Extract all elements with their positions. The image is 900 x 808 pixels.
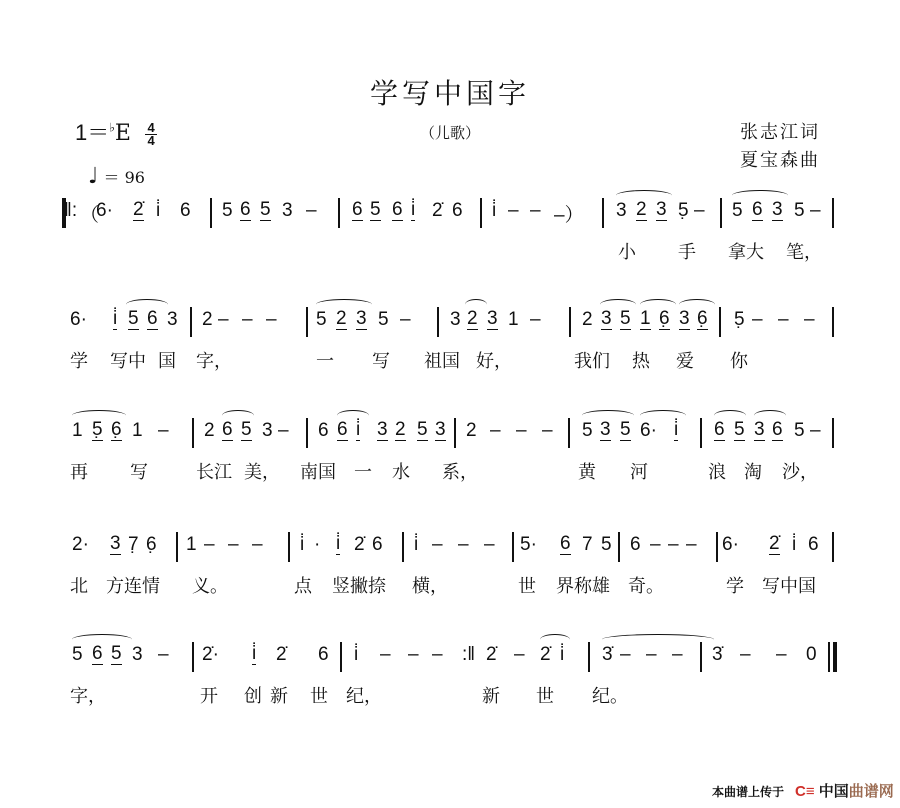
note-token: – xyxy=(432,644,443,666)
note-token: – xyxy=(686,534,697,556)
note-token: 6 xyxy=(240,200,251,221)
note-token: 6 xyxy=(752,200,763,221)
barline xyxy=(569,307,571,337)
slur-arc xyxy=(465,299,487,310)
note-token: i̇ xyxy=(674,420,678,441)
lyric-syllable: 横， xyxy=(412,572,448,598)
slur-arc xyxy=(714,410,746,421)
note-token: 5̣ xyxy=(678,200,689,222)
note-token: – xyxy=(228,534,239,556)
note-token: 2̇ xyxy=(432,200,443,222)
note-token: – xyxy=(530,200,541,222)
note-token: 3 xyxy=(487,309,498,330)
note-token: – xyxy=(650,534,661,556)
note-token: 2 xyxy=(466,420,477,442)
note-token: 2 xyxy=(636,200,647,221)
note-token: 6· xyxy=(96,200,113,222)
note-token: 6 xyxy=(337,420,348,441)
barline xyxy=(402,532,404,562)
note-token: 5 xyxy=(72,644,83,666)
barline xyxy=(618,532,620,562)
barline xyxy=(512,532,514,562)
lyric-syllable: 水 xyxy=(392,458,410,484)
note-token: 6 xyxy=(560,534,571,555)
lyric-syllable: 字， xyxy=(196,347,232,373)
note-token: 3 xyxy=(656,200,667,221)
final-barline-thin xyxy=(828,642,830,672)
barline xyxy=(190,307,192,337)
note-token: – xyxy=(380,644,391,666)
lyric-syllable: 黄 xyxy=(578,458,596,484)
note-token: – xyxy=(778,309,789,331)
barline xyxy=(720,198,722,228)
lyric-syllable: 写中国 xyxy=(762,572,816,598)
barline xyxy=(437,307,439,337)
note-token: 3 xyxy=(132,644,143,666)
note-token: i̇ xyxy=(492,200,496,222)
note-token: – xyxy=(408,644,419,666)
slur-arc xyxy=(616,190,672,201)
note-token: 6̣ xyxy=(146,534,157,556)
lyric-syllable: 祖国 xyxy=(424,347,460,373)
note-token: 7 xyxy=(582,534,593,556)
lyric-syllable: 奇。 xyxy=(628,572,664,598)
note-token: – xyxy=(810,420,821,442)
lyric-syllable: 纪。 xyxy=(592,682,628,708)
note-token: 2̇ xyxy=(354,534,365,556)
note-token: – xyxy=(740,644,751,666)
lyric-syllable: 世 xyxy=(536,682,554,708)
note-token: · xyxy=(314,534,320,556)
note-token: 3 xyxy=(679,309,690,330)
time-signature-bottom: 4 xyxy=(145,135,157,147)
lyric-syllable: 世 xyxy=(518,572,536,598)
note-token: – xyxy=(542,420,553,442)
barline xyxy=(454,418,456,448)
note-token: – xyxy=(458,534,469,556)
note-token: 3̇ xyxy=(712,644,723,666)
slur-arc xyxy=(754,410,786,421)
slur-arc xyxy=(126,299,168,310)
note-token: 6 xyxy=(808,534,819,556)
barline xyxy=(306,418,308,448)
note-token: 5· xyxy=(520,534,537,556)
note-token: – xyxy=(158,420,169,442)
note-token: 2̇ xyxy=(133,200,144,221)
barline xyxy=(700,418,702,448)
lyric-syllable: 好， xyxy=(476,347,512,373)
lyric-syllable: 淘 xyxy=(744,458,762,484)
lyric-syllable: 我们 xyxy=(574,347,610,373)
lyric-syllable: 义。 xyxy=(192,572,228,598)
note-token: 1 xyxy=(640,309,651,330)
lyricist-credit: 张志江词 xyxy=(740,118,820,144)
lyric-syllable: 界称雄 xyxy=(556,572,610,598)
note-token: 6 xyxy=(452,200,463,222)
logo-text-primary: 中国 xyxy=(819,783,849,800)
repeat-start-barline xyxy=(62,198,66,228)
note-token: 3 xyxy=(356,309,367,330)
slur-arc xyxy=(640,299,676,310)
barline xyxy=(340,642,342,672)
barline xyxy=(288,532,290,562)
song-title: 学写中国字 xyxy=(0,72,900,112)
lyric-syllable: 笔， xyxy=(786,238,822,264)
lyric-syllable: 美， xyxy=(244,458,280,484)
note-token: 5 xyxy=(378,309,389,331)
note-token: 6̣ xyxy=(659,309,670,330)
barline xyxy=(192,642,194,672)
slur-arc xyxy=(602,634,714,645)
note-token: 5 xyxy=(582,420,593,442)
logo-text-secondary: 曲谱网 xyxy=(849,783,894,800)
note-token: 2̇ xyxy=(540,644,551,666)
lyric-syllable: 方连情 xyxy=(106,572,160,598)
note-token: – xyxy=(508,200,519,222)
note-token: 6 xyxy=(180,200,191,222)
slur-arc xyxy=(640,410,686,421)
note-token: 5 xyxy=(241,420,252,441)
lyric-syllable: 学 xyxy=(70,347,88,373)
note-token: 6 xyxy=(318,644,329,666)
barline xyxy=(602,198,604,228)
note-token: 3 xyxy=(377,420,388,441)
lyric-syllable: 国 xyxy=(158,347,176,373)
notes-line: ‖:（6·2̇i̇65653–656i̇2̇6i̇–––）3235̣–5635– xyxy=(0,196,900,236)
note-token: 2 xyxy=(582,309,593,331)
note-token: 5 xyxy=(316,309,327,331)
note-token: i̇ xyxy=(156,200,160,222)
note-token: – xyxy=(400,309,411,331)
note-token: – xyxy=(306,200,317,222)
note-token: 2 xyxy=(204,420,215,442)
lyric-syllable: 浪 xyxy=(708,458,726,484)
note-token: 3 xyxy=(616,200,627,222)
barline xyxy=(568,418,570,448)
note-token: 2 xyxy=(336,309,347,330)
lyric-syllable: 开 xyxy=(200,682,218,708)
note-token: 6 xyxy=(318,420,329,442)
barline xyxy=(588,642,590,672)
note-token: 6 xyxy=(392,200,403,221)
slur-arc xyxy=(72,634,132,645)
note-token: :‖ xyxy=(462,644,475,666)
note-token: i̇ xyxy=(356,420,360,441)
note-token: 3 xyxy=(754,420,765,441)
note-token: – xyxy=(266,309,277,331)
note-token: 5̣ xyxy=(734,309,745,331)
note-token: 5 xyxy=(260,200,271,221)
lyric-syllable: 世 xyxy=(310,682,328,708)
note-token: 2 xyxy=(395,420,406,441)
note-token: 6 xyxy=(352,200,363,221)
note-token: 7̣ xyxy=(128,534,139,556)
lyric-syllable: 长江 xyxy=(196,458,232,484)
lyric-syllable: 竖撇捺 xyxy=(332,572,386,598)
key-letter: E xyxy=(115,121,131,146)
note-token: 6 xyxy=(147,309,158,330)
note-token: 6 xyxy=(714,420,725,441)
site-logo[interactable]: C≡ 中国曲谱网 xyxy=(795,780,894,801)
note-token: 6· xyxy=(640,420,657,442)
lyric-syllable: 南国 xyxy=(300,458,336,484)
note-token: 2· xyxy=(72,534,89,556)
note-token: 5 xyxy=(794,200,805,222)
note-token: 1 xyxy=(132,420,143,442)
note-token: 1 xyxy=(186,534,197,556)
note-token: 3 xyxy=(282,200,293,222)
notes-line: 2·37̣6̣1–––i̇·i̇2̇6i̇–––5·6756–––6·2̇i̇6 xyxy=(0,530,900,570)
note-token: 6 xyxy=(372,534,383,556)
note-token: – xyxy=(278,420,289,442)
note-token: i̇ xyxy=(252,644,256,665)
barline xyxy=(338,198,340,228)
note-token: – xyxy=(694,200,705,222)
lyric-syllable: 学 xyxy=(726,572,744,598)
note-token: 5 xyxy=(417,420,428,441)
lyric-syllable: 爱 xyxy=(676,347,694,373)
note-token: 6̣ xyxy=(697,309,708,330)
note-token: 0 xyxy=(806,644,817,666)
note-token: – xyxy=(752,309,763,331)
note-token: 2̇ xyxy=(486,644,497,666)
final-barline-thick xyxy=(833,642,837,672)
note-token: 3 xyxy=(167,309,178,331)
lyric-syllable: 热 xyxy=(632,347,650,373)
note-token: – xyxy=(516,420,527,442)
note-token: i̇ xyxy=(414,534,418,556)
note-token: 5 xyxy=(601,534,612,556)
notes-line: 6·i̇5632–––5235–3231–23516̣36̣5̣––– xyxy=(0,305,900,345)
note-token: 5 xyxy=(620,420,631,441)
note-token: – xyxy=(204,534,215,556)
note-token: – xyxy=(668,534,679,556)
note-token: i̇ xyxy=(113,309,117,330)
note-token: 6 xyxy=(222,420,233,441)
note-token: 2̇ xyxy=(276,644,287,666)
lyric-syllable: 河 xyxy=(630,458,648,484)
lyric-syllable: 写中 xyxy=(110,347,146,373)
key-prefix: 1＝ xyxy=(75,120,109,145)
note-token: 1 xyxy=(508,309,519,331)
note-token: 2̇ xyxy=(769,534,780,555)
note-token: 5 xyxy=(794,420,805,442)
note-token: 6 xyxy=(92,644,103,665)
lyric-syllable: 你 xyxy=(730,347,748,373)
lyric-syllable: 手 xyxy=(678,238,696,264)
note-token: 3 xyxy=(110,534,121,555)
barline xyxy=(832,418,834,448)
note-token: – xyxy=(484,534,495,556)
slur-arc xyxy=(316,299,372,310)
lyric-syllable: 一 xyxy=(354,458,372,484)
lyric-syllable: 新 xyxy=(270,682,288,708)
note-token: – xyxy=(432,534,443,556)
note-token: 5 xyxy=(620,309,631,330)
note-token: 3 xyxy=(601,309,612,330)
note-token: 5 xyxy=(111,644,122,665)
note-token: 3 xyxy=(435,420,446,441)
note-token: 5 xyxy=(734,420,745,441)
lyric-syllable: 字， xyxy=(70,682,106,708)
lyric-syllable: 纪， xyxy=(346,682,382,708)
note-token: – xyxy=(490,420,501,442)
note-token: – xyxy=(646,644,657,666)
barline xyxy=(192,418,194,448)
note-token: –） xyxy=(554,200,584,227)
slur-arc xyxy=(72,410,126,421)
lyric-syllable: 一 xyxy=(316,347,334,373)
note-token: i̇ xyxy=(354,644,358,666)
barline xyxy=(832,307,834,337)
note-token: 6· xyxy=(722,534,739,556)
lyric-syllable: 拿大 xyxy=(728,238,764,264)
note-token: – xyxy=(218,309,229,331)
note-token: – xyxy=(252,534,263,556)
note-token: – xyxy=(776,644,787,666)
note-token: i̇ xyxy=(560,644,564,666)
lyric-syllable: 写 xyxy=(130,458,148,484)
lyric-syllable: 创 xyxy=(244,682,262,708)
note-token: – xyxy=(804,309,815,331)
slur-arc xyxy=(732,190,788,201)
note-token: 3̇ xyxy=(602,644,613,666)
slur-arc xyxy=(222,410,254,421)
upload-notice: 本曲谱上传于 xyxy=(712,783,784,800)
note-token: 3 xyxy=(772,200,783,221)
note-token: i̇ xyxy=(411,200,415,221)
note-token: 6 xyxy=(772,420,783,441)
note-token: 2 xyxy=(202,309,213,331)
time-signature-top: 4 xyxy=(145,122,157,134)
note-token: i̇ xyxy=(792,534,796,556)
note-token: – xyxy=(242,309,253,331)
barline xyxy=(832,198,834,228)
note-token: 6̣ xyxy=(111,420,122,441)
lyric-syllable: 新 xyxy=(482,682,500,708)
note-token: 5 xyxy=(128,309,139,330)
tempo-marking: ♩ ＝ 96 xyxy=(88,164,145,189)
slur-arc xyxy=(679,299,715,310)
lyric-syllable: 北 xyxy=(70,572,88,598)
note-token: 3 xyxy=(450,309,461,331)
tempo-value: ＝ 96 xyxy=(103,168,144,187)
note-token: 6 xyxy=(630,534,641,556)
barline xyxy=(210,198,212,228)
composer-credit: 夏宝森曲 xyxy=(740,146,820,172)
key-signature: 1＝♭E 4 4 xyxy=(75,116,157,147)
notes-line: 15̣6̣1–2653–66i̇32532–––5356·i̇65365– xyxy=(0,416,900,456)
quarter-note-icon: ♩ xyxy=(88,164,98,189)
slur-arc xyxy=(600,299,636,310)
time-signature: 4 4 xyxy=(145,122,157,147)
lyric-syllable: 系， xyxy=(442,458,478,484)
note-token: 5 xyxy=(222,200,233,222)
slur-arc xyxy=(582,410,634,421)
note-token: – xyxy=(514,644,525,666)
notes-line: 5653–2̇·i̇2̇6i̇–––:‖2̇–2̇i̇3̇–––3̇––0 xyxy=(0,640,900,680)
note-token: 6· xyxy=(70,309,87,331)
barline xyxy=(480,198,482,228)
lyric-syllable: 再 xyxy=(70,458,88,484)
slur-arc xyxy=(337,410,369,421)
barline xyxy=(832,532,834,562)
note-token: 3 xyxy=(262,420,273,442)
note-token: – xyxy=(158,644,169,666)
lyric-syllable: 写 xyxy=(372,347,390,373)
note-token: – xyxy=(530,309,541,331)
note-token: 5̣ xyxy=(92,420,103,441)
note-token: i̇ xyxy=(300,534,304,556)
lyric-syllable: 小 xyxy=(618,238,636,264)
slur-arc xyxy=(540,634,570,645)
barline xyxy=(700,642,702,672)
note-token: – xyxy=(810,200,821,222)
lyric-syllable: 点 xyxy=(294,572,312,598)
barline xyxy=(306,307,308,337)
barline xyxy=(176,532,178,562)
note-token: 5 xyxy=(370,200,381,221)
note-token: 5 xyxy=(732,200,743,222)
logo-mark-icon: C≡ xyxy=(795,783,815,800)
note-token: 1 xyxy=(72,420,83,442)
barline xyxy=(716,532,718,562)
note-token: 3 xyxy=(600,420,611,441)
note-token: – xyxy=(672,644,683,666)
note-token: i̇ xyxy=(336,534,340,555)
barline xyxy=(719,307,721,337)
note-token: 2̇· xyxy=(202,644,219,666)
note-token: 2 xyxy=(467,309,478,330)
note-token: – xyxy=(620,644,631,666)
lyric-syllable: 沙， xyxy=(782,458,818,484)
